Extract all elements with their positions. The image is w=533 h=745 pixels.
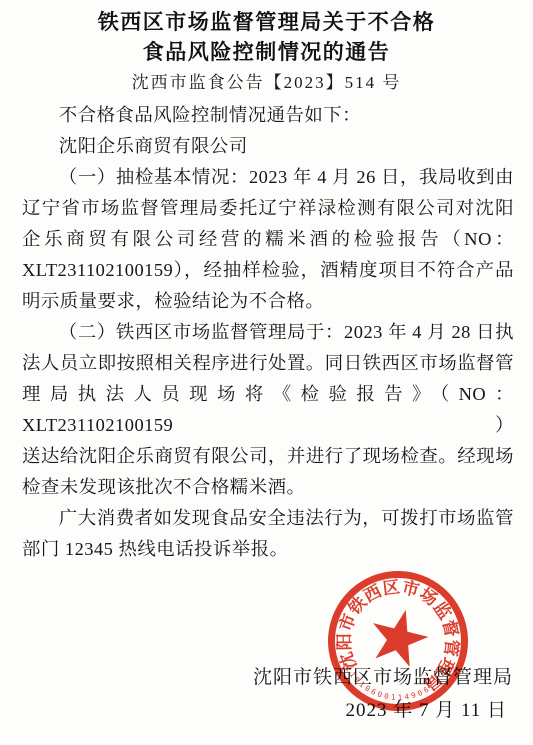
body-line: 广大消费者如发现食品安全违法行为，可拨打市场监管 [22,503,514,534]
body-line: 辽宁省市场监督管理局委托辽宁祥渌检测有限公司对沈阳 [22,193,514,224]
doc-title: 铁西区市场监督管理局关于不合格 食品风险控制情况的通告 [0,0,533,68]
body-line: 理局执法人员现场将《检验报告》（NO：XLT231102100159） [22,379,514,441]
signature-block: 沈阳市铁西区市场监督管理局 2023 年 7 月 11 日 [0,662,533,728]
seal-star-icon [365,603,433,669]
body-line: （二）铁西区市场监督管理局于：2023 年 4 月 28 日执 [22,317,514,348]
doc-body: 不合格食品风险控制情况通告如下： 沈阳企乐商贸有限公司 （一）抽检基本情况：20… [0,100,533,565]
body-line: （一）抽检基本情况：2023 年 4 月 26 日，我局收到由 [22,162,514,193]
body-line: 部门 12345 热线电话投诉举报。 [22,534,514,565]
body-line: 送达给沈阳企乐商贸有限公司，并进行了现场检查。经现场 [22,441,514,472]
signature-org: 沈阳市铁西区市场监督管理局 [0,662,533,694]
body-line: 明示质量要求，检验结论为不合格。 [22,286,514,317]
body-line: XLT231102100159），经抽样检验，酒精度项目不符合产品 [22,255,514,286]
doc-number: 沈西市监食公告【2023】514 号 [0,70,533,95]
doc-title-line1: 铁西区市场监督管理局关于不合格 [0,8,533,38]
body-line: 检查未发现该批次不合格糯米酒。 [22,472,514,503]
signature-date: 2023 年 7 月 11 日 [0,694,533,728]
body-line: 法人员立即按照相关程序进行处置。同日铁西区市场监督管 [22,348,514,379]
body-line: 企乐商贸有限公司经营的糯米酒的检验报告（NO： [22,224,514,255]
doc-title-line2: 食品风险控制情况的通告 [0,38,533,68]
body-line: 沈阳企乐商贸有限公司 [22,131,514,162]
document-page: 铁西区市场监督管理局关于不合格 食品风险控制情况的通告 沈西市监食公告【2023… [0,0,533,745]
body-line: 不合格食品风险控制情况通告如下： [22,100,514,131]
